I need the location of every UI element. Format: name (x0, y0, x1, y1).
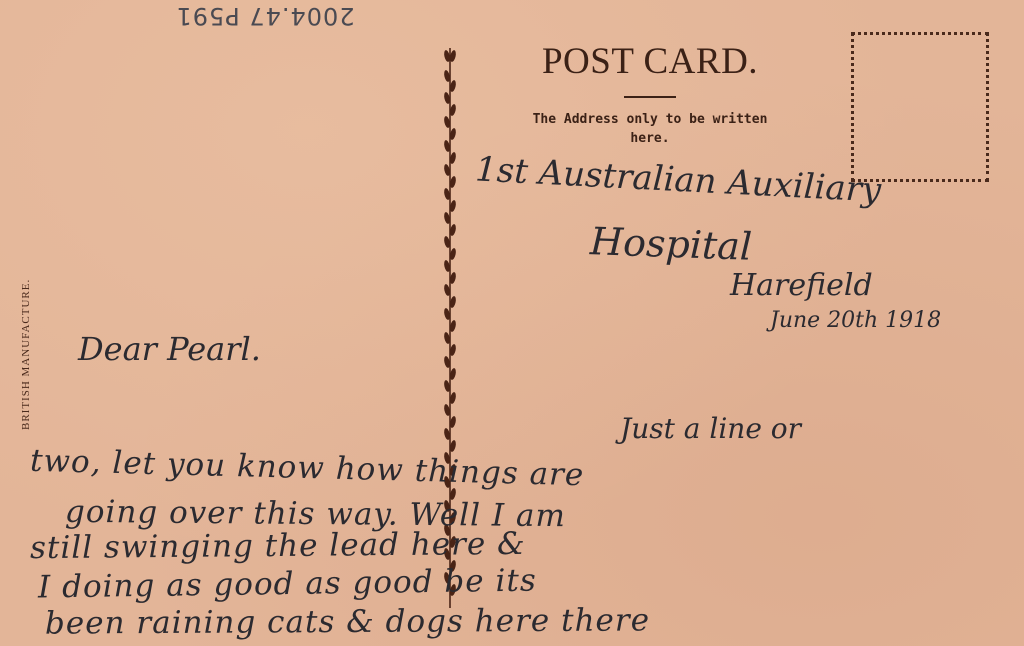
address-instruction: The Address only to be written here. (490, 110, 810, 148)
message-line: been raining cats & dogs here there (45, 602, 650, 641)
address-line-1: 1st Australian Auxiliary (474, 149, 882, 210)
address-line-3: Harefield (730, 268, 873, 303)
stamp-box (851, 32, 989, 182)
message-line: Just a line or (620, 412, 801, 445)
message-line: still swinging the lead here & (30, 526, 526, 566)
catalog-number: 2004.47 P591 (150, 2, 380, 30)
postcard: 2004.47 P591 POST CARD. The Address only… (0, 0, 1024, 646)
message-line: I doing as good as good be its (38, 563, 537, 606)
address-instruction-line-1: The Address only to be written (490, 110, 810, 129)
address-line-2: Hospital (589, 219, 753, 269)
message-line: two, let you know how things are (30, 443, 585, 493)
title-rule (624, 96, 676, 98)
manufacture-note: BRITISH MANUFACTURE. (20, 279, 32, 430)
message-greeting: Dear Pearl. (78, 330, 261, 368)
address-instruction-line-2: here. (490, 129, 810, 148)
postcard-title: POST CARD. (500, 40, 800, 83)
address-date: June 20th 1918 (770, 308, 941, 333)
